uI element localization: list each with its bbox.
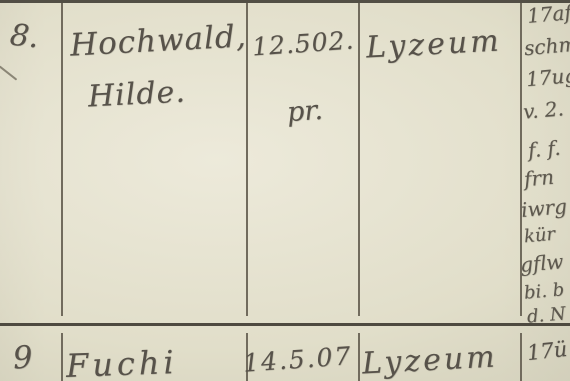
stray-pen-stroke [0, 65, 17, 80]
margin-note: bi. b [523, 281, 565, 302]
row-top-border-line [0, 0, 570, 3]
margin-note: 17ü [526, 339, 568, 364]
margin-note: kür [523, 226, 556, 247]
column-divider-entry-school [358, 3, 360, 316]
margin-note: d. N [526, 305, 566, 326]
margin-note: schm [523, 34, 570, 59]
margin-note: 17af [526, 2, 570, 26]
entry-number-suffix: pr. [286, 97, 324, 126]
student-surname: Fuchi [65, 346, 178, 381]
school-type: Lyzeum [361, 342, 498, 379]
entry-number: 12.502. [251, 27, 355, 59]
column-divider-school-notes [520, 333, 522, 381]
column-divider-number-name [61, 333, 63, 381]
student-surname: Hochwald, [69, 21, 247, 61]
row-separator-line [0, 323, 570, 326]
margin-note: iwrg [520, 196, 567, 220]
margin-note: 17ug [525, 65, 570, 89]
margin-note: frn [523, 167, 554, 190]
margin-note: f. f. [527, 138, 561, 161]
entry-number: 14.5.07 [242, 343, 353, 376]
ledger-page: 8. Hochwald, Hilde. 12.502. pr. Lyzeum 1… [0, 0, 570, 381]
margin-note: gflw [519, 251, 564, 275]
margin-note: v. 2. [522, 98, 564, 121]
column-divider-number-name [61, 3, 63, 316]
student-forename: Hilde. [87, 77, 186, 112]
column-divider-entry-school [358, 333, 360, 381]
row-number: 8. [9, 21, 41, 54]
row-number: 9 [12, 342, 34, 374]
school-type: Lyzeum [365, 26, 502, 63]
